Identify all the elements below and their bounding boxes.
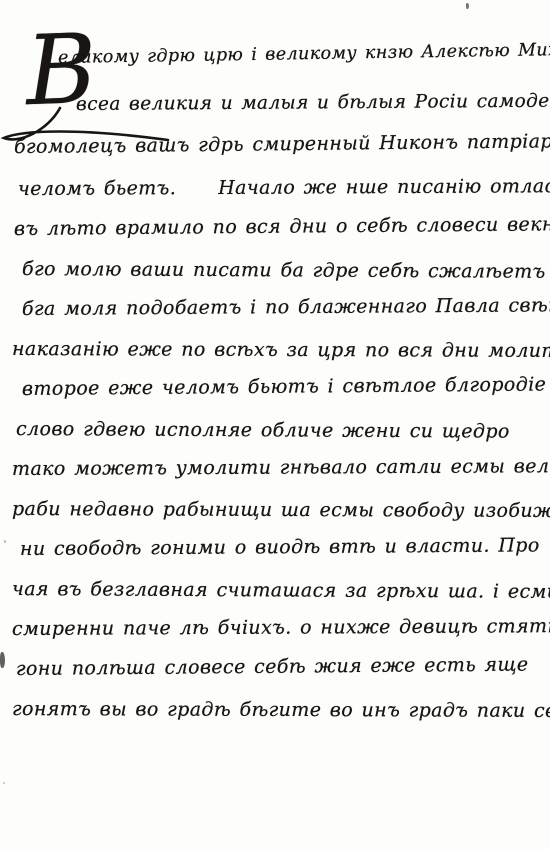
manuscript-line: еликому гдрю црю і великому кнзю Алексѣю…: [58, 39, 550, 68]
paper-speck: [4, 540, 6, 543]
manuscript-line: бгомолецъ вашъ гдрь смиренный Никонъ пат…: [14, 129, 550, 158]
manuscript-line: ни свободѣ гоними о виодѣ втѣ и власти. …: [20, 534, 540, 560]
paper-speck: [3, 782, 5, 784]
manuscript-line: слово гдвею исполняе обличе жени си щедр…: [16, 418, 510, 443]
manuscript-line: бга моля подобаетъ і по блаженнаго Павла…: [22, 294, 550, 320]
manuscript-line: челомъ бьетъ.Начало же нше писанію отлас…: [18, 175, 550, 200]
manuscript-line: всеа великия и малыя и бѣлыя Росіи самод…: [76, 90, 550, 115]
ink-smudge: [0, 652, 5, 668]
manuscript-line: гонятъ вы во градѣ бѣгите во инъ градъ п…: [12, 698, 550, 722]
manuscript-line: гони полѣша словесе себѣ жия еже есть ящ…: [16, 654, 529, 680]
manuscript-line: въ лѣто врамило по вся дни о себѣ словес…: [14, 212, 550, 240]
paper-speck: [466, 3, 469, 9]
manuscript-line: чая въ безглавная считашася за грѣхи ша.…: [12, 578, 550, 603]
manuscript-line: смиренни паче лѣ бчіихъ. о нихже девицѣ …: [12, 615, 550, 640]
manuscript-line: бго молю ваши писати ба гдре себѣ сжалѣе…: [22, 258, 546, 283]
manuscript-line: наказанію еже по всѣхъ за цря по вся дни…: [12, 338, 550, 362]
manuscript-line: тако можетъ умолити гнѣвало сатли есмы в…: [12, 455, 550, 480]
manuscript-page: В еликому гдрю црю і великому кнзю Алекс…: [0, 0, 550, 850]
manuscript-line-segment: Начало же нше писанію отласему: [218, 175, 550, 199]
manuscript-line: второе еже челомъ бьютъ і свѣтлое блгоро…: [22, 373, 550, 400]
manuscript-line: раби недавно рабынищи ша есмы свободу из…: [12, 498, 550, 522]
manuscript-line-segment: челомъ бьетъ.: [18, 177, 176, 200]
